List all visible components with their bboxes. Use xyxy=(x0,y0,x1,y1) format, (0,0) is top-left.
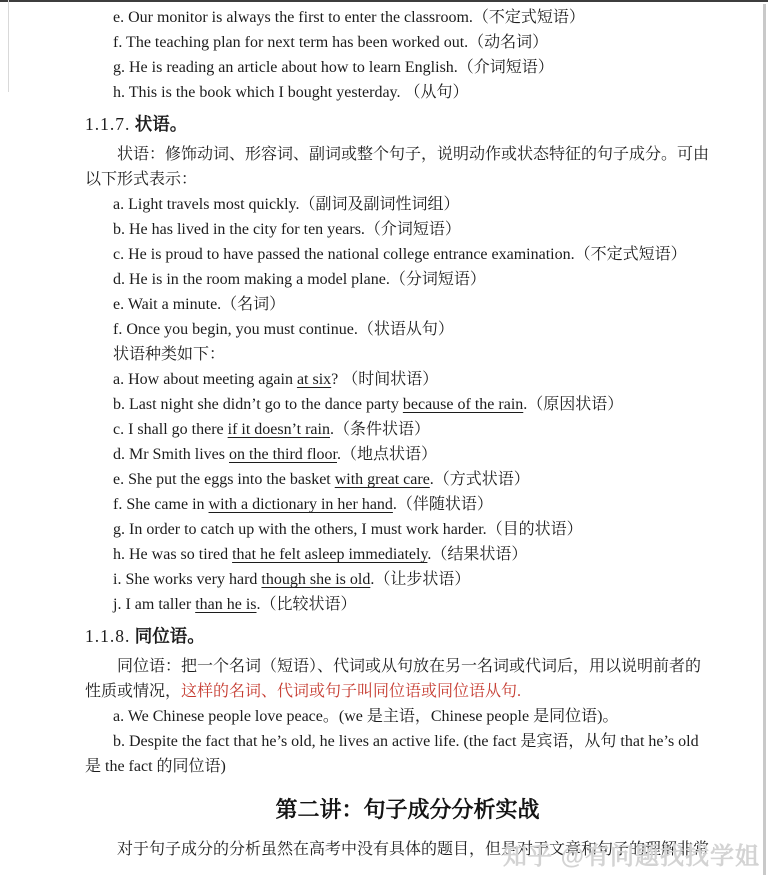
text-run: g. He is reading an article about how to… xyxy=(113,59,554,76)
underlined-phrase: at six xyxy=(297,371,331,388)
text-run: e. She put the eggs into the basket xyxy=(113,471,335,488)
section-title: 同位语。 xyxy=(135,626,205,646)
zhihu-watermark: 知乎 @有问题找找学姐 xyxy=(503,836,760,871)
text-run: c. He is proud to have passed the nation… xyxy=(113,246,687,263)
section-title: 状语。 xyxy=(135,114,188,134)
section-heading: 1.1.7. 状语。 xyxy=(85,111,730,137)
text-line: 状语种类如下： xyxy=(85,342,730,367)
text-line: 状语：修饰动词、形容词、副词或整个句子，说明动作或状态特征的句子成分。可由 xyxy=(85,142,730,167)
text-run: g. In order to catch up with the others,… xyxy=(113,521,583,538)
text-run: .（结果状语） xyxy=(427,546,527,563)
text-line: g. He is reading an article about how to… xyxy=(85,55,730,80)
text-run: .（条件状语） xyxy=(330,421,430,438)
text-run: ? （时间状语） xyxy=(331,371,438,388)
text-run: h. He was so tired xyxy=(113,546,232,563)
text-run: .（原因状语） xyxy=(523,396,623,413)
text-run: b. He has lived in the city for ten year… xyxy=(113,221,461,238)
document-page: e. Our monitor is always the first to en… xyxy=(0,0,768,862)
text-run: d. Mr Smith lives xyxy=(113,446,229,463)
text-run: .（让步状语） xyxy=(370,571,470,588)
text-run: d. He is in the room making a model plan… xyxy=(113,271,486,288)
text-run: b. Despite the fact that he’s old, he li… xyxy=(113,733,699,750)
section-heading: 1.1.8. 同位语。 xyxy=(85,623,730,649)
text-line: c. I shall go there if it doesn’t rain.（… xyxy=(85,417,730,442)
text-line: a. We Chinese people love peace。(we 是主语，… xyxy=(85,704,730,729)
text-line: i. She works very hard though she is old… xyxy=(85,567,730,592)
text-run: a. We Chinese people love peace。(we 是主语，… xyxy=(113,708,618,725)
text-line: h. He was so tired that he felt asleep i… xyxy=(85,542,730,567)
underlined-phrase: on the third floor xyxy=(229,446,337,463)
text-line: e. She put the eggs into the basket with… xyxy=(85,467,730,492)
text-run: j. I am taller xyxy=(113,596,195,613)
text-run: a. How about meeting again xyxy=(113,371,297,388)
underlined-phrase: though she is old xyxy=(261,571,370,588)
text-run: 性质或情况， xyxy=(85,683,181,700)
section-number: 1.1.8. xyxy=(85,626,130,646)
text-line: b. Last night she didn’t go to the dance… xyxy=(85,392,730,417)
underlined-phrase: with a dictionary in her hand xyxy=(209,496,393,513)
text-run: .（伴随状语） xyxy=(393,496,493,513)
text-line: 同位语：把一个名词（短语）、代词或从句放在另一名词或代词后，用以说明前者的 xyxy=(85,654,730,679)
text-run: i. She works very hard xyxy=(113,571,261,588)
text-run: f. Once you begin, you must continue.（状语… xyxy=(113,321,454,338)
text-run: b. Last night she didn’t go to the dance… xyxy=(113,396,403,413)
underlined-phrase: if it doesn’t rain xyxy=(228,421,330,438)
text-line: 是 the fact 的同位语) xyxy=(85,754,730,779)
text-run: e. Our monitor is always the first to en… xyxy=(113,9,585,26)
text-line: a. Light travels most quickly.（副词及副词性词组） xyxy=(85,192,730,217)
text-line: d. Mr Smith lives on the third floor.（地点… xyxy=(85,442,730,467)
text-line: f. She came in with a dictionary in her … xyxy=(85,492,730,517)
text-line: f. Once you begin, you must continue.（状语… xyxy=(85,317,730,342)
red-emphasis-text: 这样的名词、代词或句子叫同位语或同位语从句. xyxy=(181,683,521,700)
underlined-phrase: because of the rain xyxy=(403,396,523,413)
text-run: .（方式状语） xyxy=(430,471,530,488)
text-line: b. Despite the fact that he’s old, he li… xyxy=(85,729,730,754)
text-line: e. Wait a minute.（名词） xyxy=(85,292,730,317)
text-line: d. He is in the room making a model plan… xyxy=(85,267,730,292)
text-run: 以下形式表示： xyxy=(85,171,197,188)
text-run: e. Wait a minute.（名词） xyxy=(113,296,285,313)
text-line: a. How about meeting again at six? （时间状语… xyxy=(85,367,730,392)
text-run: .（地点状语） xyxy=(337,446,437,463)
text-run: f. The teaching plan for next term has b… xyxy=(113,34,548,51)
text-line: 以下形式表示： xyxy=(85,167,730,192)
text-line: e. Our monitor is always the first to en… xyxy=(85,5,730,30)
text-run: f. She came in xyxy=(113,496,209,513)
underlined-phrase: with great care xyxy=(335,471,430,488)
underlined-phrase: than he is xyxy=(195,596,256,613)
text-run: c. I shall go there xyxy=(113,421,228,438)
text-line: b. He has lived in the city for ten year… xyxy=(85,217,730,242)
section-number: 1.1.7. xyxy=(85,114,130,134)
text-run: 同位语：把一个名词（短语）、代词或从句放在另一名词或代词后，用以说明前者的 xyxy=(117,658,701,675)
text-run: a. Light travels most quickly.（副词及副词性词组） xyxy=(113,196,460,213)
text-line: g. In order to catch up with the others,… xyxy=(85,517,730,542)
text-run: .（比较状语） xyxy=(257,596,357,613)
text-run: 状语：修饰动词、形容词、副词或整个句子，说明动作或状态特征的句子成分。可由 xyxy=(117,146,709,163)
text-line: j. I am taller than he is.（比较状语） xyxy=(85,592,730,617)
underlined-phrase: that he felt asleep immediately xyxy=(232,546,427,563)
text-line: h. This is the book which I bought yeste… xyxy=(85,80,730,105)
text-line: c. He is proud to have passed the nation… xyxy=(85,242,730,267)
text-run: 状语种类如下： xyxy=(113,346,225,363)
text-run: 是 the fact 的同位语) xyxy=(85,758,226,775)
text-line: f. The teaching plan for next term has b… xyxy=(85,30,730,55)
text-run: h. This is the book which I bought yeste… xyxy=(113,84,469,101)
lecture-heading: 第二讲：句子成分分析实战 xyxy=(85,795,730,825)
text-line: 性质或情况，这样的名词、代词或句子叫同位语或同位语从句. xyxy=(85,679,730,704)
